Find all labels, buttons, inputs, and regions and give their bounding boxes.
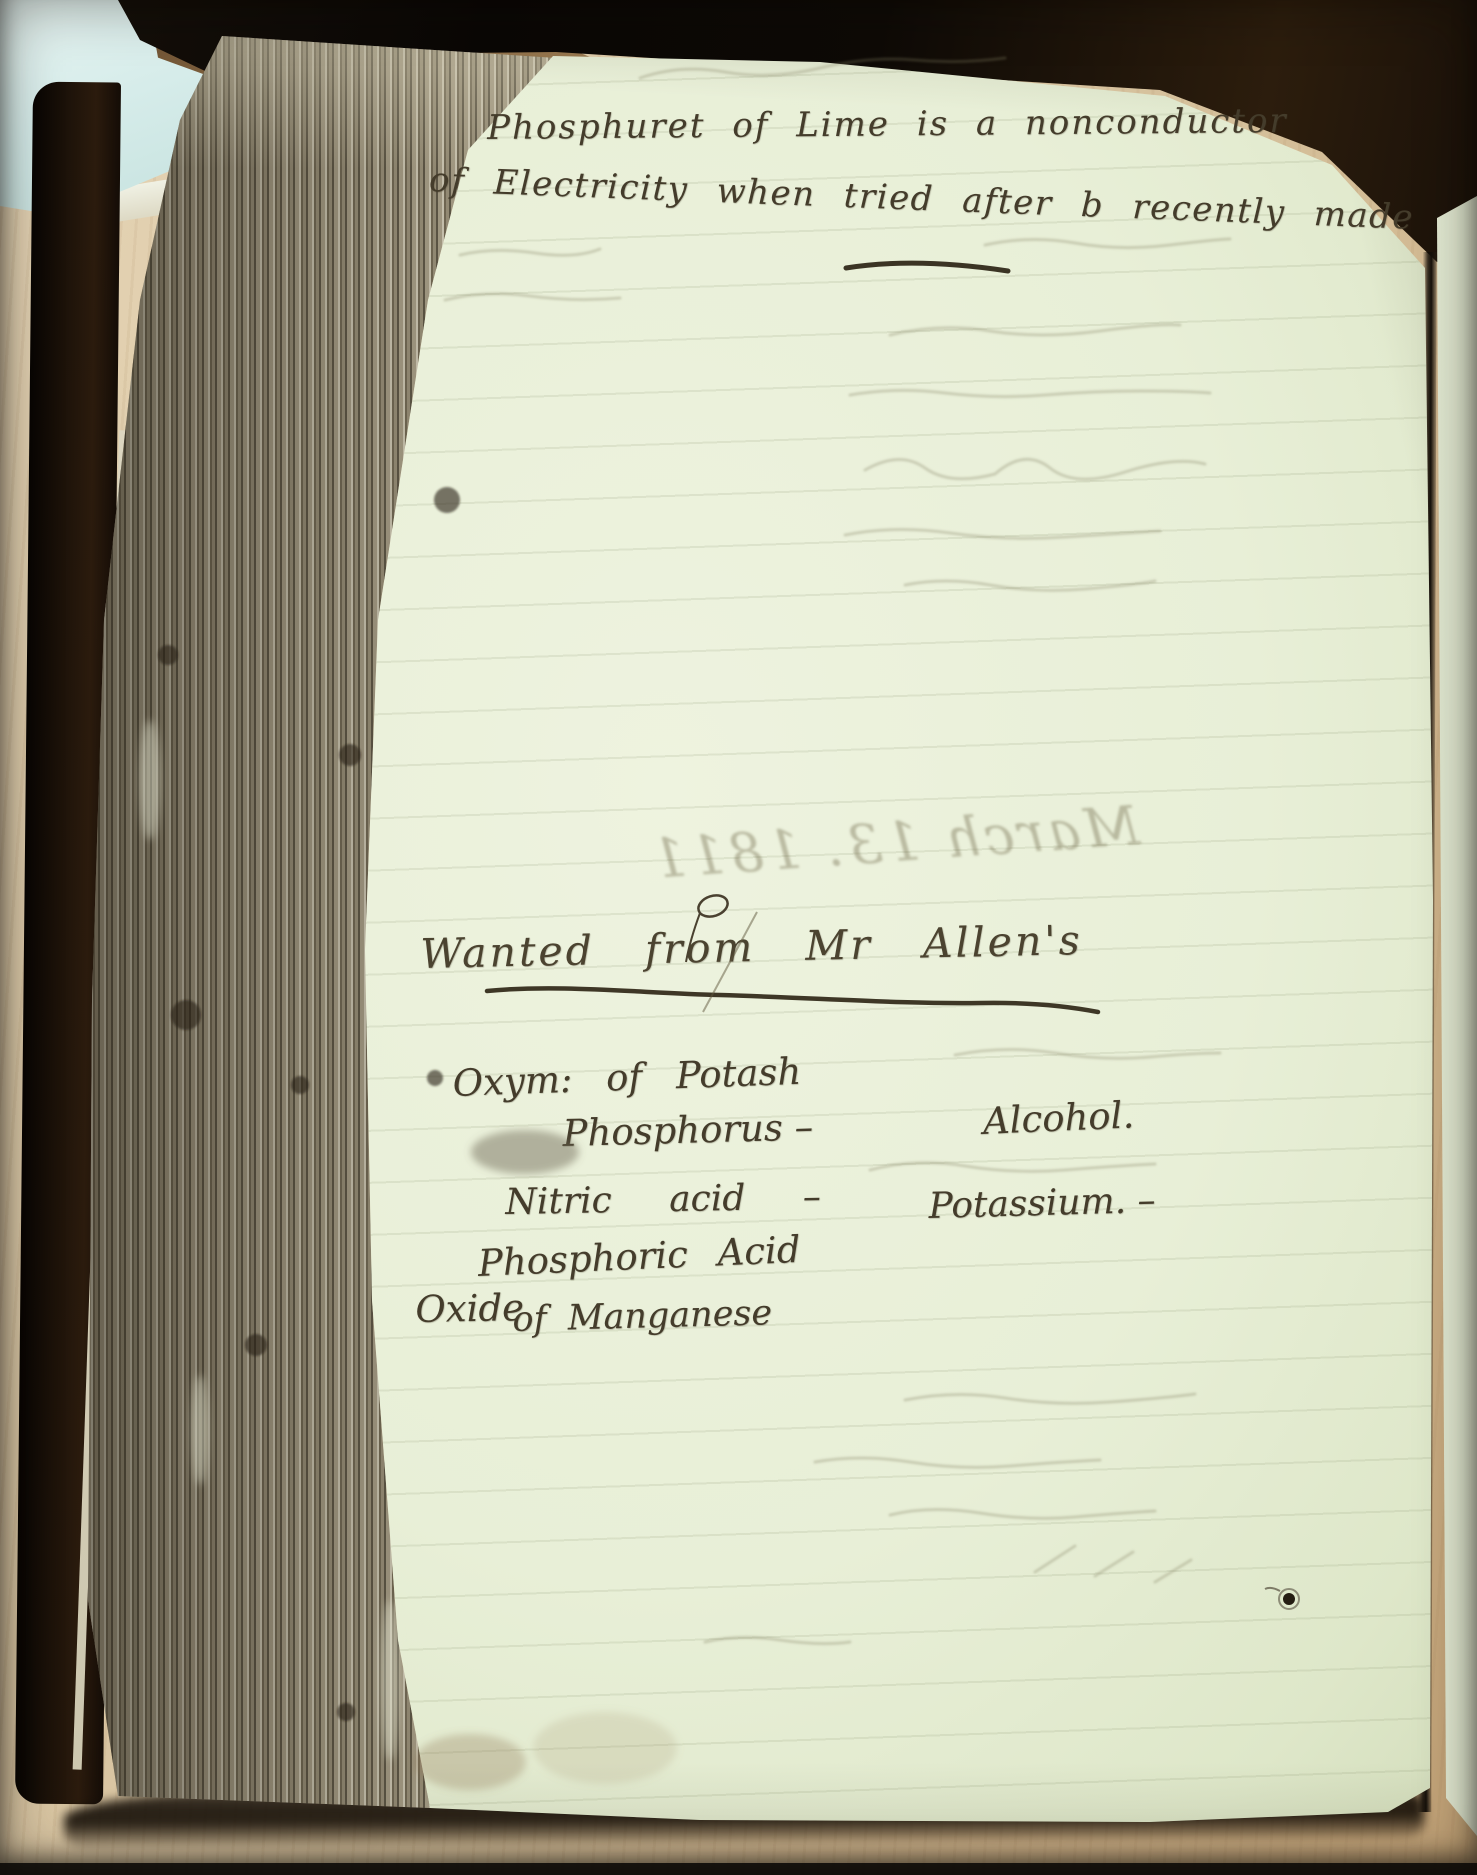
bleedthrough-squiggles: [445, 58, 1230, 1644]
loop-flourish: [686, 892, 730, 962]
ink-decorations: [0, 0, 1477, 1875]
stack-highlights: [140, 720, 399, 1760]
page-stain: [414, 1712, 677, 1790]
heading-underline: [487, 988, 1098, 1012]
photo-bottom-edge: [0, 1863, 1477, 1875]
ink-blot: [1265, 1588, 1299, 1609]
stack-spots: [158, 487, 460, 1721]
ink-smudge: [471, 1130, 579, 1174]
flourish-dash: [846, 263, 1008, 271]
